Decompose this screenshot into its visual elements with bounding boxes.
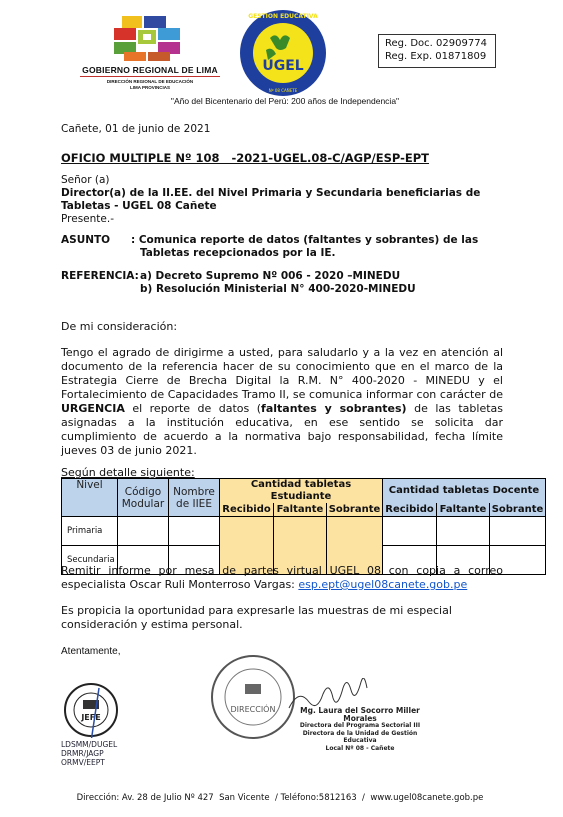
- signer-block: Mg. Laura del Socorro Miller Morales Dir…: [290, 707, 430, 752]
- svg-text:GESTION EDUCATIVA: GESTION EDUCATIVA: [248, 13, 318, 20]
- referencia-label: REFERENCIA:: [61, 270, 139, 283]
- signer-title-2: Directora de la Unidad de Gestión Educat…: [290, 730, 430, 745]
- gobierno-regional-lima-logo-icon: [108, 14, 188, 62]
- atentamente: Atentamente,: [61, 646, 120, 657]
- faltantes-text: faltantes y sobrantes): [261, 402, 407, 415]
- recipient: Director(a) de la II.EE. del Nivel Prima…: [61, 187, 491, 213]
- oficio-number: OFICIO MULTIPLE Nº 108 -2021-UGEL.08-C/A…: [61, 151, 429, 165]
- header-group-docente: Cantidad tabletas Docente: [383, 479, 546, 504]
- referencia-b: b) Resolución Ministerial N° 400-2020-MI…: [140, 283, 416, 296]
- asunto-label: ASUNTO: [61, 234, 110, 247]
- header-nombre: Nombre de IIEE: [169, 479, 220, 517]
- jefe-seal-stamp-icon: JEFE: [63, 682, 119, 738]
- cell-est-sobrante[interactable]: [327, 517, 383, 546]
- body-paragraph: Tengo el agrado de dirigirme a usted, pa…: [61, 346, 503, 458]
- gob-title: GOBIERNO REGIONAL DE LIMA: [80, 65, 220, 77]
- ugel-logo: UGEL GESTION EDUCATIVA Nº 08 CAÑETE: [238, 8, 328, 98]
- header-est-recibido: Recibido: [220, 503, 274, 517]
- gobierno-regional-logo: GOBIERNO REGIONAL DE LIMA DIRECCIÓN REGI…: [80, 14, 220, 94]
- table-row: Primaria: [62, 517, 546, 546]
- salutation: Señor (a): [61, 174, 491, 187]
- header-doc-sobrante: Sobrante: [490, 503, 546, 517]
- registration-box: Reg. Doc. 02909774 Reg. Exp. 01871809: [378, 34, 496, 68]
- cell-nivel: Primaria: [62, 517, 118, 546]
- signer-name: Mg. Laura del Socorro Miller Morales: [290, 707, 430, 722]
- recipient-block: Señor (a) Director(a) de la II.EE. del N…: [61, 174, 491, 226]
- closing-paragraph: Es propicia la oportunidad para expresar…: [61, 604, 503, 632]
- cell-est-faltante[interactable]: [274, 517, 327, 546]
- header-doc-recibido: Recibido: [383, 503, 437, 517]
- footer-address: Dirección: Av. 28 de Julio Nº 427 San Vi…: [60, 793, 500, 803]
- tablet-report-table: Nivel Código Modular Nombre de IIEE Cant…: [61, 478, 546, 575]
- header-est-sobrante: Sobrante: [327, 503, 383, 517]
- svg-text:Nº 08 CAÑETE: Nº 08 CAÑETE: [269, 88, 298, 93]
- jefe-seal: JEFE: [63, 682, 119, 738]
- svg-text:JEFE: JEFE: [80, 713, 100, 722]
- svg-text:DIRECCIÓN: DIRECCIÓN: [231, 703, 276, 714]
- initials-block: LDSMM/DUGEL DRMR/JAGP ORMV/EEPT: [61, 740, 117, 767]
- initials-2: DRMR/JAGP: [61, 749, 117, 758]
- year-slogan: "Año del Bicentenario del Perú: 200 años…: [150, 96, 420, 106]
- reg-exp: Reg. Exp. 01871809: [385, 50, 495, 63]
- ugel-logo-icon: UGEL GESTION EDUCATIVA Nº 08 CAÑETE: [238, 8, 328, 98]
- gob-subtitle-2: LIMA PROVINCIAS: [80, 85, 220, 91]
- header-est-faltante: Faltante: [274, 503, 327, 517]
- consideracion: De mi consideración:: [61, 320, 177, 333]
- cell-nombre[interactable]: [169, 517, 220, 546]
- referencia-a: a) Decreto Supremo Nº 006 - 2020 –MINEDU: [140, 270, 416, 283]
- initials-1: LDSMM/DUGEL: [61, 740, 117, 749]
- letter-date: Cañete, 01 de junio de 2021: [61, 123, 210, 136]
- initials-3: ORMV/EEPT: [61, 758, 117, 767]
- reg-doc: Reg. Doc. 02909774: [385, 37, 495, 50]
- cell-est-recibido[interactable]: [220, 517, 274, 546]
- body-text-2: el reporte de datos (: [125, 402, 261, 415]
- remitir-paragraph: Remitir informe por mesa de partes virtu…: [61, 564, 503, 592]
- signer-title-3: Local Nº 08 - Cañete: [290, 745, 430, 753]
- gob-subtitle: DIRECCIÓN REGIONAL DE EDUCACIÓN LIMA PRO…: [80, 79, 220, 90]
- cell-codigo[interactable]: [118, 517, 169, 546]
- header-codigo: Código Modular: [118, 479, 169, 517]
- urgencia-text: URGENCIA: [61, 402, 125, 415]
- cell-doc-faltante[interactable]: [437, 517, 490, 546]
- header-nivel: Nivel: [62, 479, 118, 517]
- svg-text:UGEL: UGEL: [262, 58, 303, 74]
- director-seal: DIRECCIÓN: [210, 654, 296, 740]
- direccion-seal-stamp-icon: DIRECCIÓN: [210, 654, 296, 740]
- email-link[interactable]: esp.ept@ugel08canete.gob.pe: [298, 578, 467, 591]
- header-doc-faltante: Faltante: [437, 503, 490, 517]
- cell-doc-recibido[interactable]: [383, 517, 437, 546]
- referencia-list: a) Decreto Supremo Nº 006 - 2020 –MINEDU…: [140, 270, 416, 296]
- body-text-1: Tengo el agrado de dirigirme a usted, pa…: [61, 346, 503, 401]
- presente: Presente.-: [61, 213, 491, 226]
- cell-doc-sobrante[interactable]: [490, 517, 546, 546]
- signer-title-1: Directora del Programa Sectorial III: [290, 722, 430, 730]
- header-group-estudiante: Cantidad tabletas Estudiante: [220, 479, 383, 504]
- asunto-text: : Comunica reporte de datos (faltantes y…: [131, 234, 500, 260]
